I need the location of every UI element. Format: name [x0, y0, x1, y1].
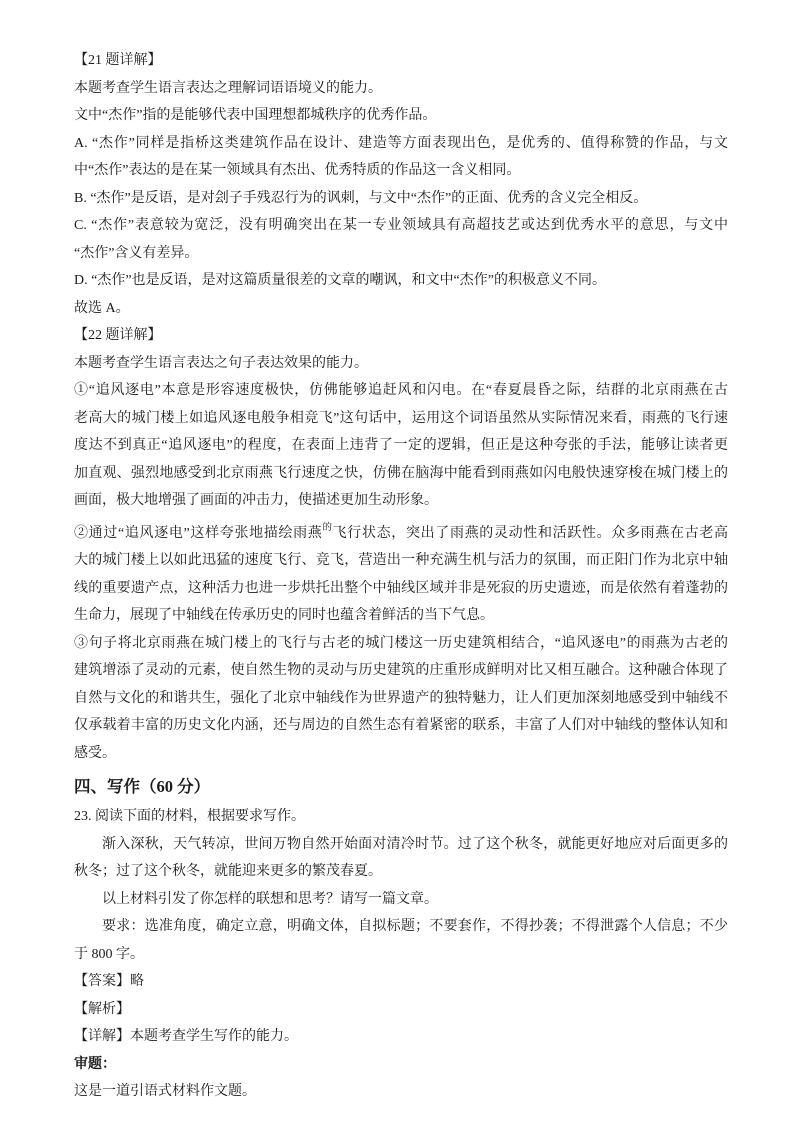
q22-point3-line-1: ③句子将北京雨燕在城门楼上的飞行与古老的城门楼这一历史建筑相结合，“追风逐电”的…: [74, 630, 728, 658]
q22-point3-line-3: 自然与文化的和谐共生，强化了北京中轴线作为世界遗产的独特魅力，让人们更加深刻地感…: [74, 685, 728, 713]
q21-option-d-line: D. “杰作”也是反语，是对这篇质量很差的文章的嘲讽，和文中“杰作”的积极意义不…: [74, 267, 728, 295]
q22-point2-line-1-post: 飞行状态，突出了雨燕的灵动性和活跃性。众多雨燕在古老高: [333, 526, 728, 541]
q22-point2-line-2: 大的城门楼上以如此迅猛的速度飞行、竞飞，营造出一种充满生机与活力的氛围，而正阳门…: [74, 547, 728, 575]
q22-skill-statement: 本题考查学生语言表达之句子表达效果的能力。: [74, 350, 728, 378]
q23-material-line-1: 渐入深秋，天气转凉，世间万物自然开始面对清冷时节。过了这个秋冬，就能更好地应对后…: [74, 831, 728, 859]
q22-point1-line-4: 加直观、强烈地感受到北京雨燕飞行速度之快，仿佛在脑海中能看到雨燕如闪电般快速穿梭…: [74, 460, 728, 488]
q22-point3-line-5: 感受。: [74, 740, 728, 768]
q21-option-c-line-1: C. “杰作”表意较为宽泛，没有明确突出在某一专业领域具有高超技艺或达到优秀水平…: [74, 212, 728, 240]
q21-option-c-line-2: “杰作”含义有差异。: [74, 240, 728, 268]
q23-material-line-2: 秋冬；过了这个秋冬，就能迎来更多的繁茂春夏。: [74, 858, 728, 886]
q21-option-a-line-2: 中“杰作”表达的是在某一领域具有杰出、优秀特质的作品这一含义相同。: [74, 157, 728, 185]
q22-point2-line-3: 线的重要遗产点，这种活力也进一步烘托出整个中轴线区域并非是死寂的历史遗迹，而是依…: [74, 575, 728, 603]
q21-conclusion: 故选 A。: [74, 295, 728, 323]
q21-skill-statement: 本题考查学生语言表达之理解词语语境义的能力。: [74, 75, 728, 103]
q22-point1-line-5: 画面，极大地增强了画面的冲击力，使描述更加生动形象。: [74, 487, 728, 515]
q23-requirements-line-2: 于 800 字。: [74, 941, 728, 969]
q23-answer-label: 【答案】略: [74, 968, 728, 996]
q23-analysis-label: 【解析】: [74, 996, 728, 1024]
q23-review-label: 审题：: [74, 1051, 728, 1079]
q22-point2-line-1-pre: ②通过“追风逐电”这样夸张地描绘雨燕: [74, 526, 322, 541]
document-page: 【21 题详解】 本题考查学生语言表达之理解词语语境义的能力。 文中“杰作”指的…: [0, 0, 800, 1106]
q21-context-statement: 文中“杰作”指的是能够代表中国理想都城秩序的优秀作品。: [74, 102, 728, 130]
q22-point2-line-1: ②通过“追风逐电”这样夸张地描绘雨燕的飞行状态，突出了雨燕的灵动性和活跃性。众多…: [74, 515, 728, 548]
q22-point1-line-2: 老高大的城门楼上如追风逐电般争相竞飞”这句话中，运用这个词语虽然从实际情况来看，…: [74, 405, 728, 433]
q22-point3-line-4: 仅承载着丰富的历史文化内涵，还与周边的自然生态有着紧密的联系，丰富了人们对中轴线…: [74, 712, 728, 740]
q22-heading: 【22 题详解】: [74, 322, 728, 350]
q21-heading: 【21 题详解】: [74, 47, 728, 75]
q21-option-b-line: B. “杰作”是反语，是对刽子手残忍行为的讽刺，与文中“杰作”的正面、优秀的含义…: [74, 185, 728, 213]
q22-point1-line-3: 度达不到真正“追风逐电”的程度，在表面上违背了一定的逻辑，但正是这种夸张的手法，…: [74, 432, 728, 460]
q22-point2-line-4: 生命力，展现了中轴线在传承历史的同时也蕴含着鲜活的当下气息。: [74, 602, 728, 630]
q22-point2-superscript: 的: [322, 523, 332, 533]
q23-detail-statement: 【详解】本题考查学生写作的能力。: [74, 1023, 728, 1051]
q22-point3-line-2: 建筑增添了灵动的元素，使自然生物的灵动与历史建筑的庄重形成鲜明对比又相互融合。这…: [74, 657, 728, 685]
q23-question-line: 23. 阅读下面的材料，根据要求写作。: [74, 803, 728, 831]
writing-section-heading: 四、写作（60 分）: [74, 771, 728, 803]
q23-prompt-line: 以上材料引发了你怎样的联想和思考？请写一篇文章。: [74, 886, 728, 914]
q23-review-intro: 这是一道引语式材料作文题。: [74, 1078, 728, 1106]
q22-point1-line-1: ①“追风逐电”本意是形容速度极快，仿佛能够追赶风和闪电。在“春夏晨昏之际，结群的…: [74, 377, 728, 405]
q21-option-a-line-1: A. “杰作”同样是指桥这类建筑作品在设计、建造等方面表现出色，是优秀的、值得称…: [74, 130, 728, 158]
q23-requirements-line-1: 要求：选准角度，确定立意，明确文体，自拟标题；不要套作，不得抄袭；不得泄露个人信…: [74, 913, 728, 941]
